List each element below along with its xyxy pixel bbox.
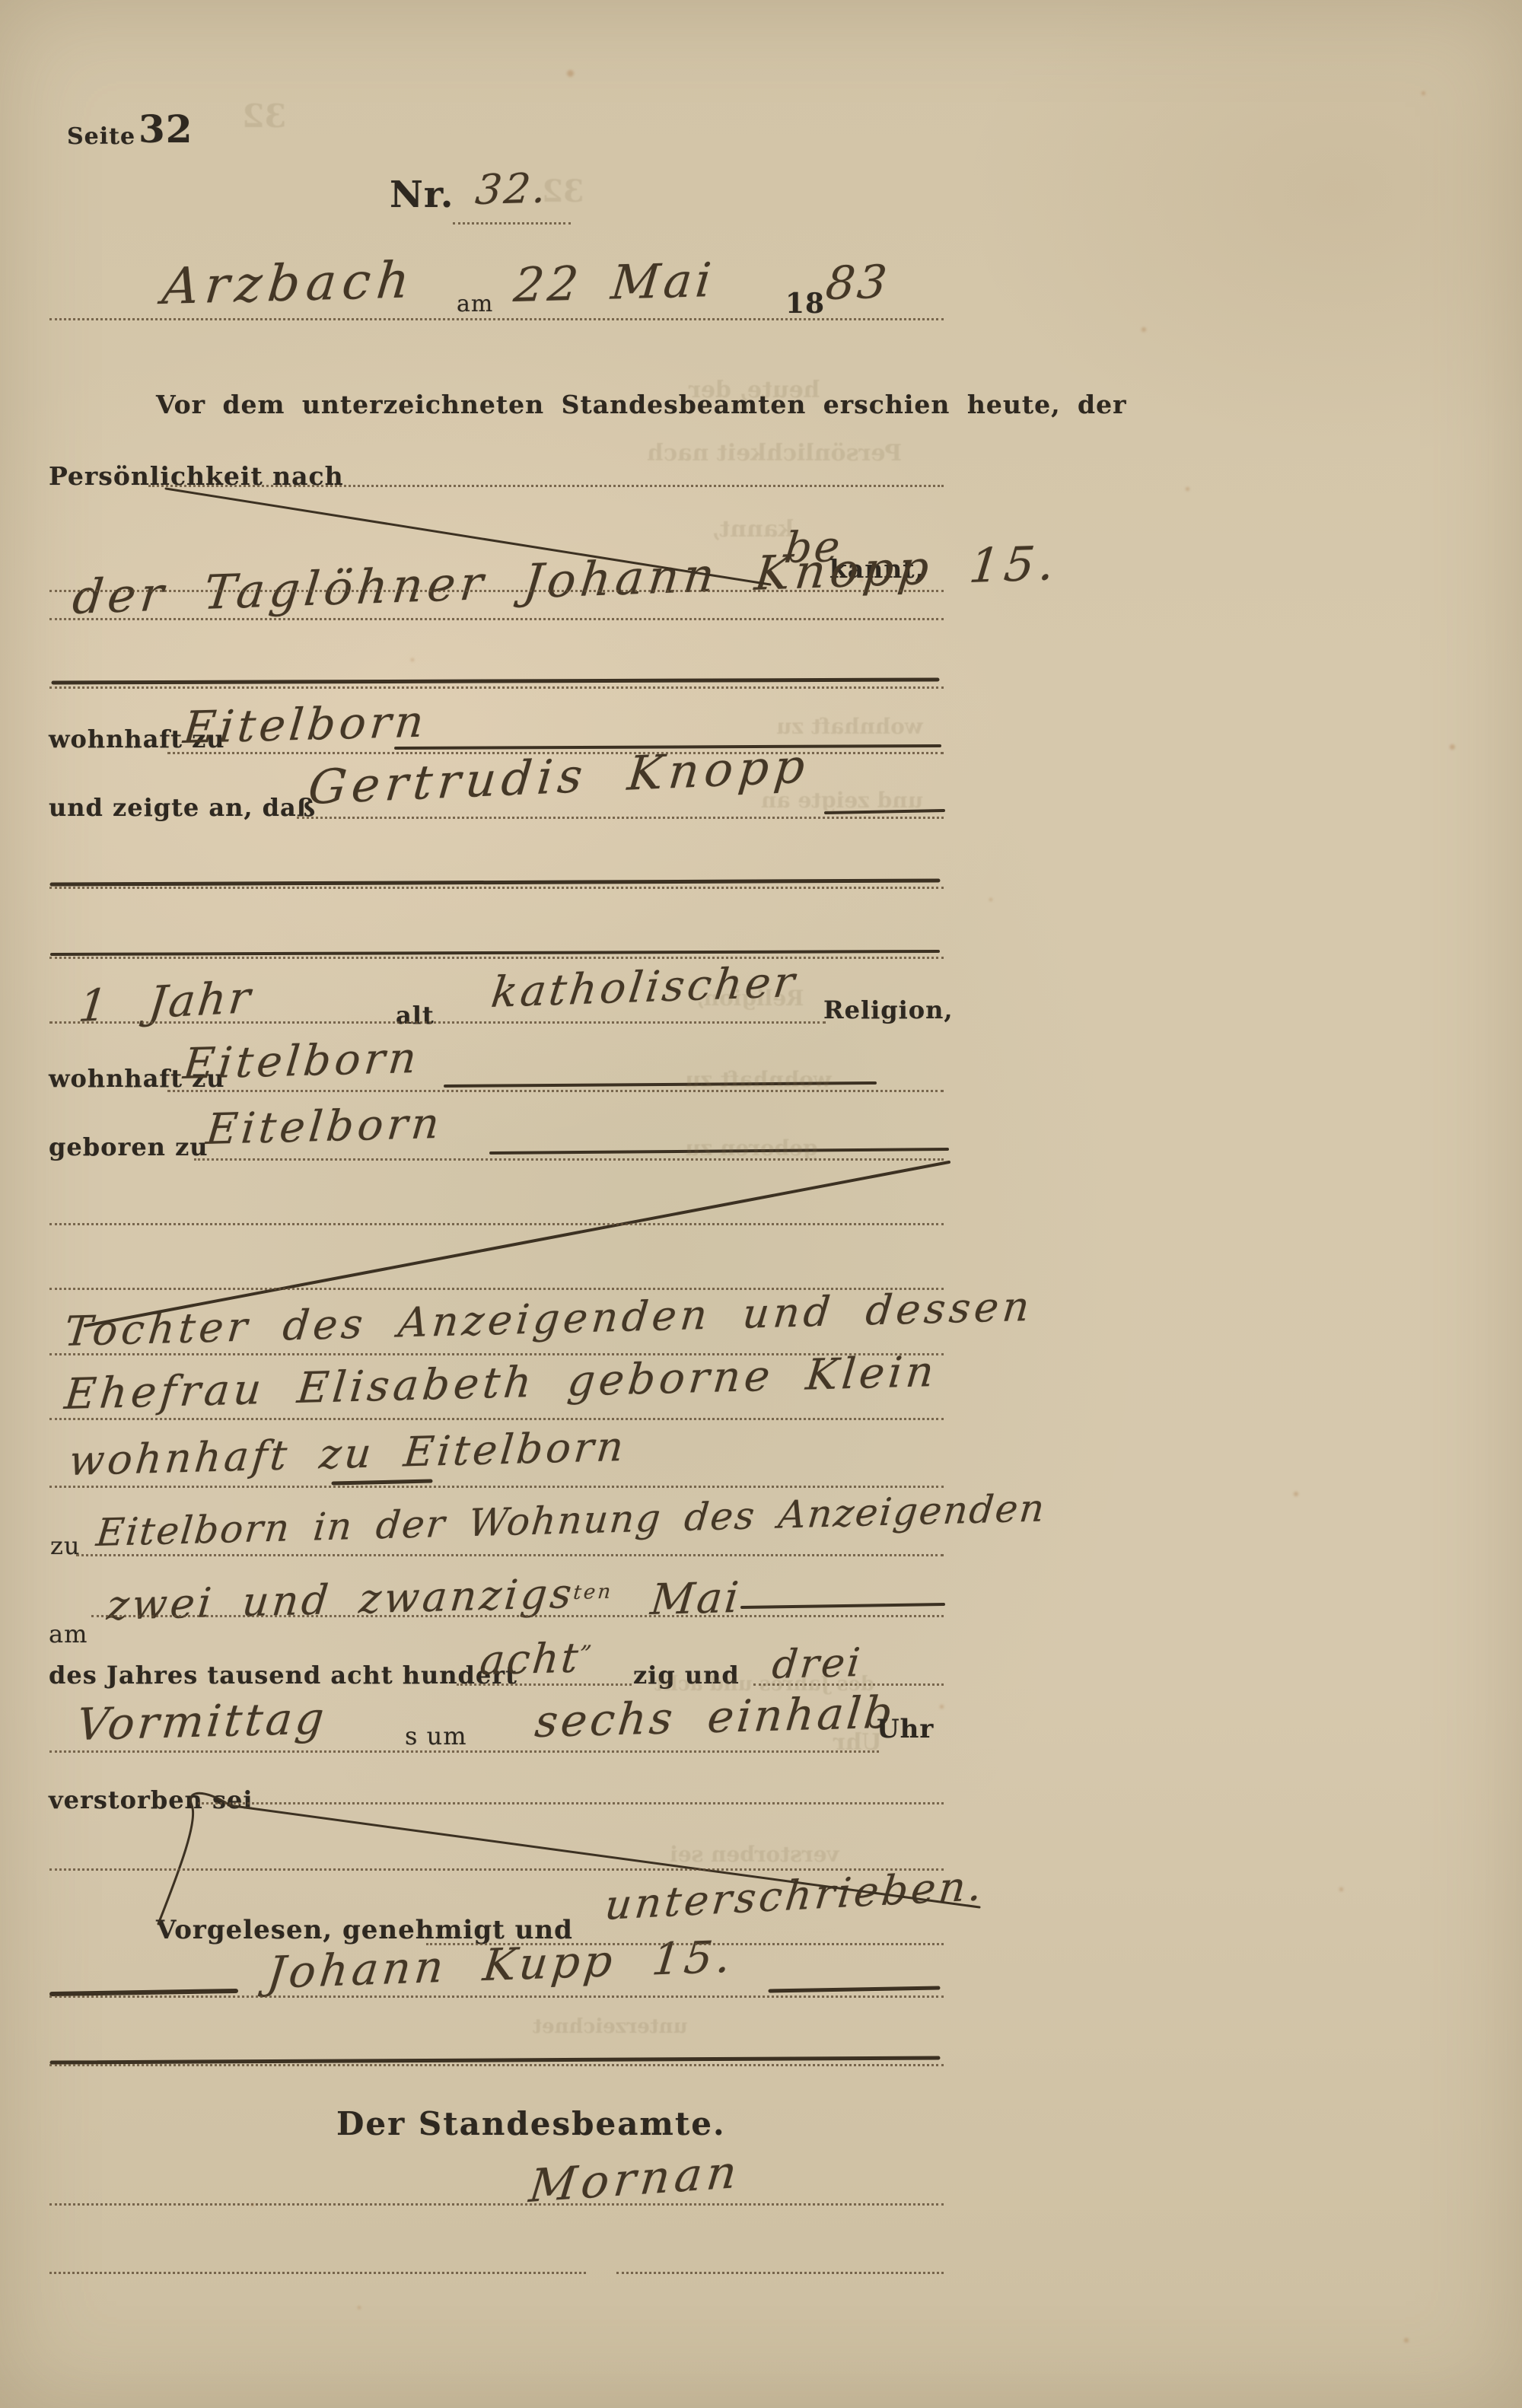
report-entry: Gertrudis Knopp <box>306 737 813 815</box>
death-time-entry1: Vormittag <box>75 1692 330 1750</box>
foxing-spot <box>1141 327 1146 332</box>
form-rule <box>49 318 944 320</box>
death-time-mid: s um <box>405 1722 467 1750</box>
page-number: 32 <box>139 107 193 151</box>
death-year-entry1: acht <box>478 1634 582 1684</box>
bleedthrough-ghost: wohnhaft zu <box>776 714 923 739</box>
foxing-spot <box>411 658 414 661</box>
uhr-label: Uhr <box>877 1714 934 1744</box>
death-am-label: am <box>49 1620 88 1648</box>
declarant-entry: der Taglöhner Johann Knopp 15. <box>70 535 1062 625</box>
form-rule <box>49 1486 944 1488</box>
registrar-title: Der Standesbeamte. <box>336 2105 726 2142</box>
death-day-entry: zwei und zwanzigs <box>105 1569 577 1629</box>
year-printed: 18 <box>785 288 825 320</box>
form-rule <box>426 1943 944 1945</box>
form-rule <box>194 1158 944 1161</box>
form-rule <box>49 1750 879 1753</box>
bleedthrough-ghost: kannt, <box>712 516 794 543</box>
foxing-spot <box>1294 1492 1298 1496</box>
form-rule <box>49 1418 944 1420</box>
parentage-line3: wohnhaft zu Eitelborn <box>67 1422 629 1485</box>
bleedthrough-ghost: wohnhaft zu <box>685 1067 832 1092</box>
form-rule <box>49 618 944 620</box>
form-rule <box>49 1353 944 1355</box>
bleedthrough-ghost: Uhr <box>833 1729 882 1756</box>
form-rule <box>49 1996 944 1998</box>
parentage-line2: Ehefrau Elisabeth geborne Klein <box>62 1347 940 1419</box>
form-rule <box>49 1868 944 1871</box>
form-rule <box>91 1615 944 1617</box>
year-entry: 83 <box>823 256 891 311</box>
pen-strokes-overlay <box>0 0 1522 2408</box>
form-rule <box>49 1223 944 1225</box>
bleedthrough-ghost: verstorben sei <box>670 1842 839 1867</box>
form-rule <box>198 1802 944 1804</box>
form-rule <box>148 485 944 487</box>
parentage-line1: Tochter des Anzeigenden und dessen <box>62 1282 1035 1355</box>
death-day-superscript: ten <box>572 1581 614 1604</box>
bleedthrough-ghost: unterzeichnet <box>533 2015 687 2038</box>
bleedthrough-ghost: des Jahres und acht <box>654 1673 874 1696</box>
form-rule <box>49 590 944 592</box>
bleedthrough-ghost: 32 <box>542 174 584 209</box>
death-day-mark: „ <box>580 1627 597 1654</box>
foxing-spot <box>358 2306 361 2309</box>
religion-label: Religion, <box>823 995 954 1024</box>
form-rule <box>49 2064 944 2066</box>
born-entry: Eitelborn <box>204 1099 445 1155</box>
death-year-prefix: des Jahres tausend acht hundert <box>49 1661 517 1690</box>
verstorben-label: verstorben sei <box>49 1785 253 1814</box>
closing-written-entry: unterschrieben. <box>603 1862 987 1929</box>
form-rule <box>49 2203 944 2206</box>
intro-line1: Vor dem unterzeichneten Standesbeamten e… <box>156 390 1127 419</box>
bleedthrough-ghost: Religion, <box>696 986 804 1011</box>
foxing-spot <box>1186 487 1189 491</box>
foxing-spot <box>989 898 992 901</box>
date-entry: 22 Mai <box>511 252 718 313</box>
form-rule <box>49 1021 826 1024</box>
form-rule <box>49 887 944 889</box>
born-label: geboren zu <box>49 1132 209 1161</box>
record-number-value: 32. <box>473 164 550 214</box>
foxing-spot <box>1404 2338 1409 2343</box>
bleedthrough-ghost: Persönlichkeit nach <box>647 440 902 467</box>
residence1-entry: Eitelborn <box>181 696 430 753</box>
bleedthrough-ghost: 32 <box>242 97 286 135</box>
form-rule <box>49 2272 586 2274</box>
record-number-label: Nr. <box>390 174 454 216</box>
bleedthrough-ghost: und zeigte an <box>761 788 923 813</box>
residence2-entry: Eitelborn <box>181 1034 422 1089</box>
register-page: Seite 32 Nr. 32. Arzbach am 22 Mai 18 83… <box>0 0 1522 2408</box>
form-rule <box>457 1683 632 1686</box>
foxing-spot <box>860 578 863 581</box>
foxing-spot <box>1422 91 1425 95</box>
form-rule <box>49 686 944 689</box>
death-place-entry: Eitelborn in der Wohnung des Anzeigenden <box>94 1486 1048 1555</box>
bleedthrough-ghost: geboren zu <box>685 1136 818 1161</box>
form-rule <box>76 1554 944 1556</box>
foxing-spot <box>567 70 574 77</box>
form-rule <box>297 817 944 819</box>
form-rule <box>616 2272 944 2274</box>
form-rule <box>49 957 944 959</box>
am-label: am <box>457 291 493 317</box>
foxing-spot <box>251 2203 254 2206</box>
bleedthrough-ghost: heute, der <box>689 377 820 403</box>
place-entry: Arzbach <box>160 250 418 316</box>
foxing-spot <box>1339 1887 1343 1891</box>
form-rule <box>49 1288 944 1290</box>
form-rule <box>167 752 944 754</box>
page-label: Seite <box>67 123 135 150</box>
report-label: und zeigte an, daß <box>49 793 316 822</box>
foxing-spot <box>940 1705 944 1709</box>
foxing-spot <box>1450 744 1455 750</box>
alt-label: alt <box>396 1001 435 1030</box>
form-rule <box>453 222 571 225</box>
